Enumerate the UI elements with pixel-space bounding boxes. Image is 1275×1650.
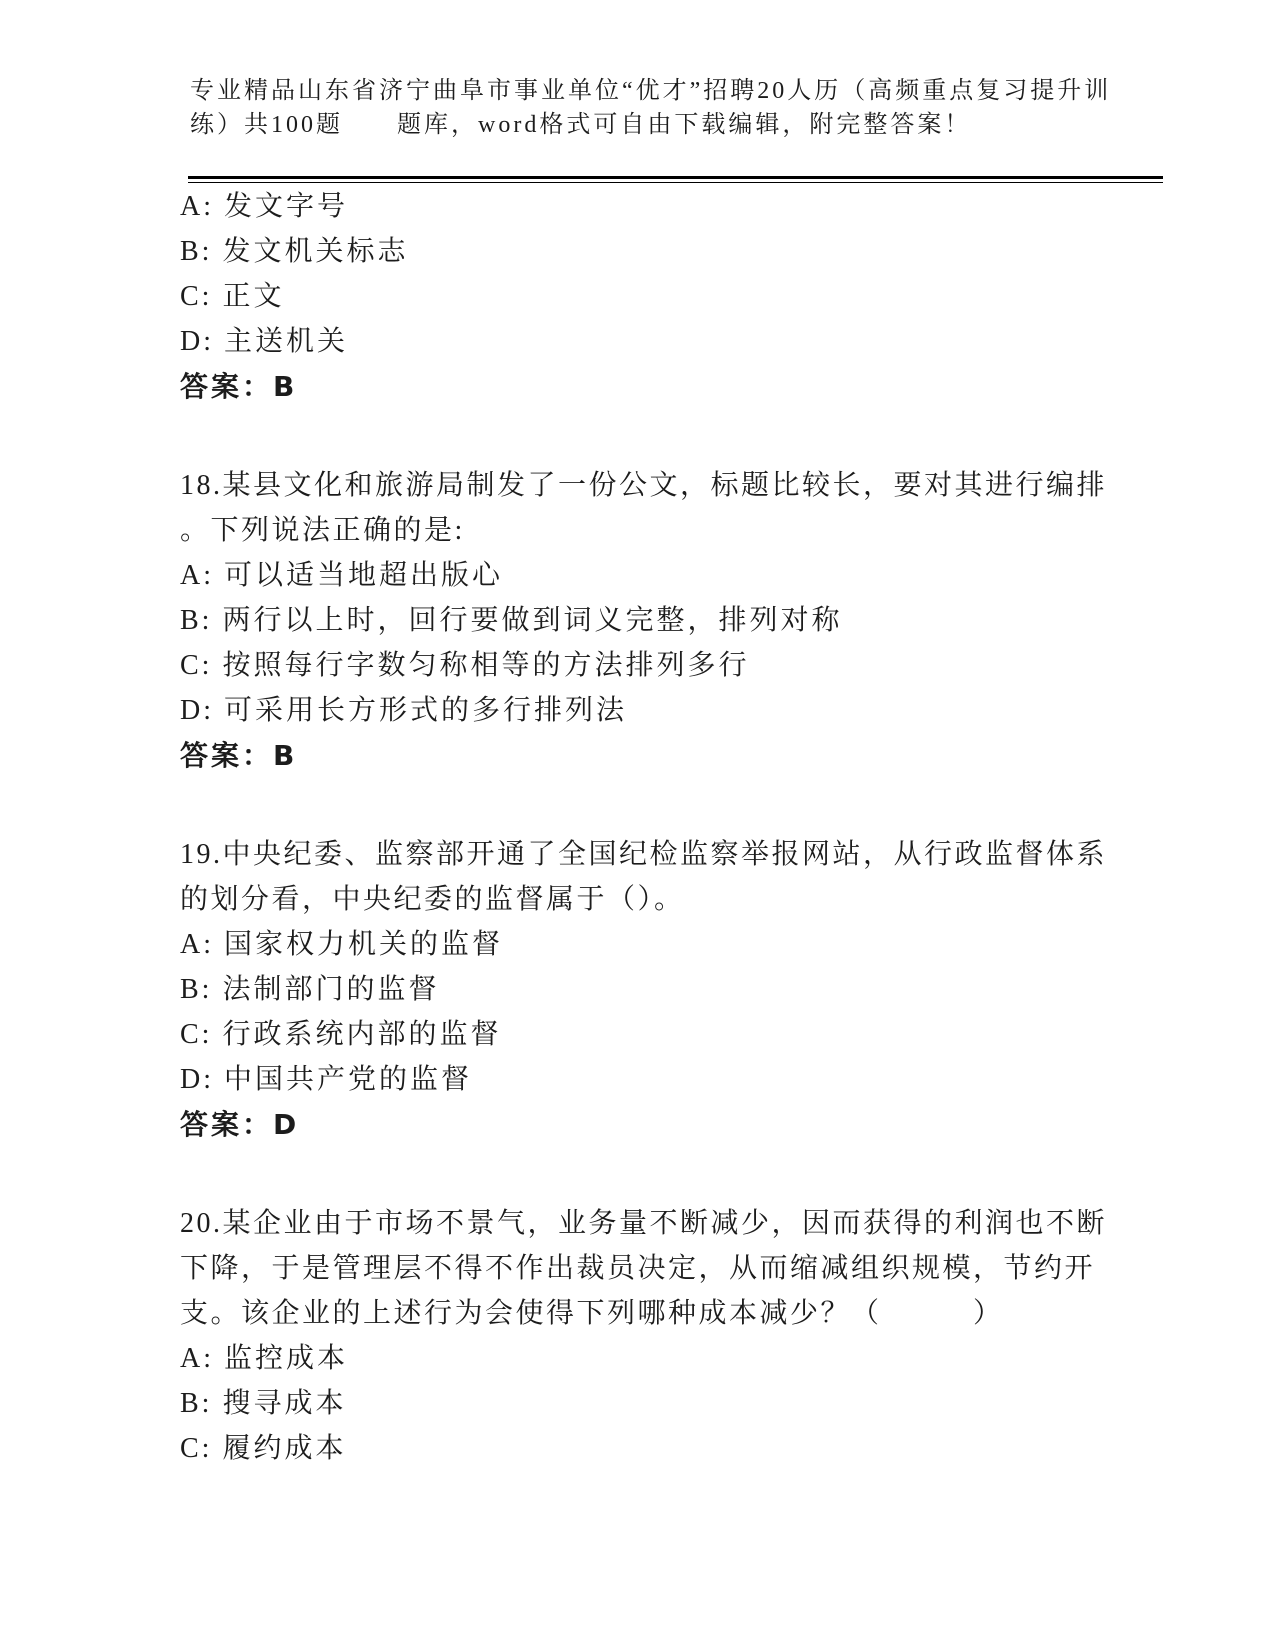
question-text-line: 。下列说法正确的是:	[180, 508, 1170, 553]
header-divider	[188, 176, 1163, 183]
answer-value: B	[273, 370, 297, 403]
option-line-b: B: 两行以上时，回行要做到词义完整，排列对称	[180, 598, 1170, 643]
answer-label: 答案：	[180, 372, 273, 403]
option-line-d: D: 可采用长方形式的多行排列法	[180, 688, 1170, 733]
answer-line: 答案：D	[180, 1102, 1170, 1147]
question-block-20: 20.某企业由于市场不景气，业务量不断减少，因而获得的利润也不断 下降，于是管理…	[180, 1201, 1170, 1471]
document-page: 专业精品山东省济宁曲阜市事业单位“优才”招聘20人历（高频重点复习提升训 练）共…	[0, 0, 1275, 1650]
header-title-line-1: 专业精品山东省济宁曲阜市事业单位“优才”招聘20人历（高频重点复习提升训	[190, 74, 1110, 108]
answer-value: B	[273, 739, 297, 772]
option-line-c: C: 正文	[180, 274, 1170, 319]
option-line-b: B: 发文机关标志	[180, 229, 1170, 274]
answer-label: 答案：	[180, 1110, 273, 1141]
document-header: 专业精品山东省济宁曲阜市事业单位“优才”招聘20人历（高频重点复习提升训 练）共…	[190, 74, 1110, 142]
question-text-line: 的划分看，中央纪委的监督属于（）。	[180, 877, 1170, 922]
answer-line: 答案：B	[180, 733, 1170, 778]
question-text-line: 19.中央纪委、监察部开通了全国纪检监察举报网站，从行政监督体系	[180, 832, 1170, 877]
question-text-line: 下降，于是管理层不得不作出裁员决定，从而缩减组织规模，节约开	[180, 1246, 1170, 1291]
header-title-line-2: 练）共100题 题库，word格式可自由下载编辑，附完整答案！	[190, 108, 1110, 142]
question-block-17: A: 发文字号 B: 发文机关标志 C: 正文 D: 主送机关 答案：B	[180, 184, 1170, 409]
document-body: A: 发文字号 B: 发文机关标志 C: 正文 D: 主送机关 答案：B 18.…	[180, 184, 1170, 1471]
option-line-a: A: 可以适当地超出版心	[180, 553, 1170, 598]
option-line-d: D: 中国共产党的监督	[180, 1057, 1170, 1102]
answer-value: D	[273, 1108, 299, 1141]
option-line-c: C: 按照每行字数匀称相等的方法排列多行	[180, 643, 1170, 688]
option-line-c: C: 行政系统内部的监督	[180, 1012, 1170, 1057]
question-text-line: 18.某县文化和旅游局制发了一份公文，标题比较长，要对其进行编排	[180, 463, 1170, 508]
option-line-a: A: 监控成本	[180, 1336, 1170, 1381]
option-line-c: C: 履约成本	[180, 1426, 1170, 1471]
answer-line: 答案：B	[180, 364, 1170, 409]
question-block-19: 19.中央纪委、监察部开通了全国纪检监察举报网站，从行政监督体系 的划分看，中央…	[180, 832, 1170, 1147]
question-text-line: 支。该企业的上述行为会使得下列哪种成本减少？（ ）	[180, 1291, 1170, 1336]
question-text-line: 20.某企业由于市场不景气，业务量不断减少，因而获得的利润也不断	[180, 1201, 1170, 1246]
option-line-b: B: 法制部门的监督	[180, 967, 1170, 1012]
option-line-a: A: 发文字号	[180, 184, 1170, 229]
option-line-b: B: 搜寻成本	[180, 1381, 1170, 1426]
option-line-d: D: 主送机关	[180, 319, 1170, 364]
question-block-18: 18.某县文化和旅游局制发了一份公文，标题比较长，要对其进行编排 。下列说法正确…	[180, 463, 1170, 778]
option-line-a: A: 国家权力机关的监督	[180, 922, 1170, 967]
answer-label: 答案：	[180, 741, 273, 772]
